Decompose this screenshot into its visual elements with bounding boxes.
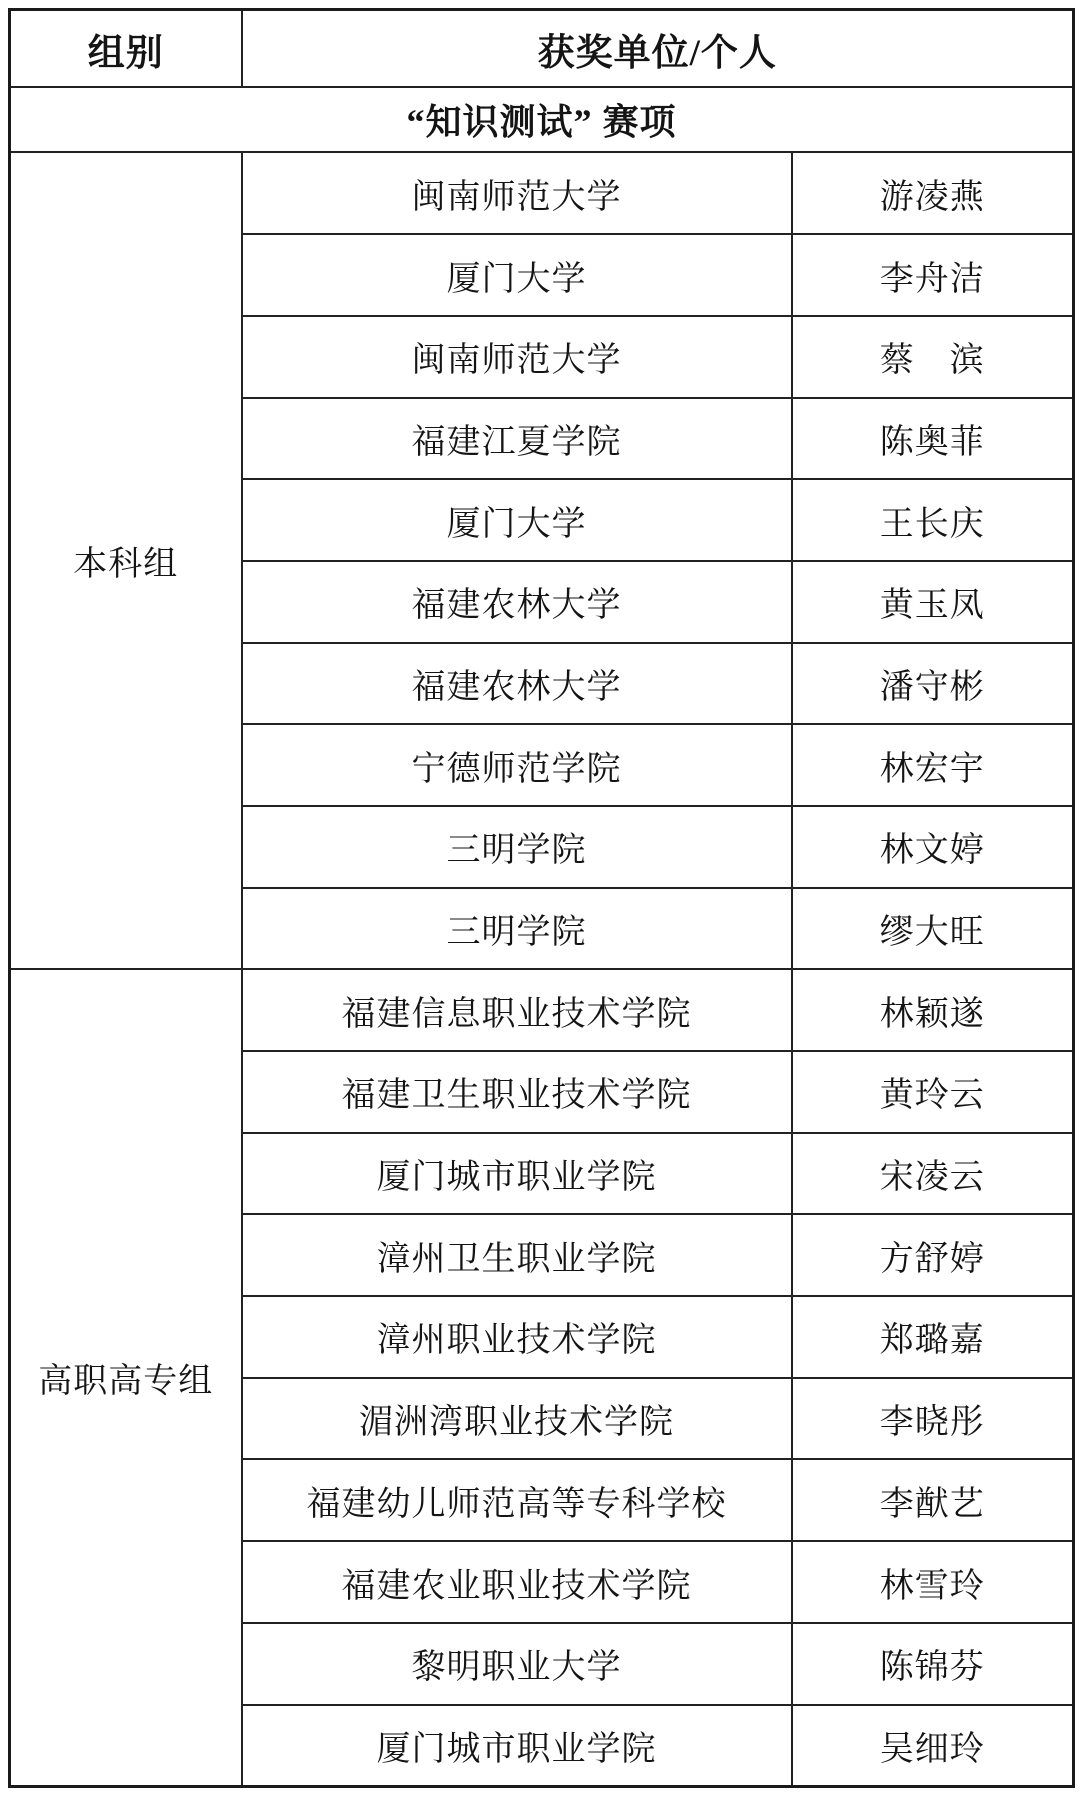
section-title-row: “知识测试” 赛项 (10, 87, 1074, 152)
winner-column-header: 获奖单位/个人 (242, 10, 1074, 88)
group-column-header: 组别 (10, 10, 242, 88)
org-cell: 漳州职业技术学院 (242, 1296, 792, 1378)
table-row: 高职高专组 福建信息职业技术学院 林颖遂 (10, 969, 1074, 1051)
name-cell: 林雪玲 (792, 1541, 1074, 1623)
org-cell: 福建农林大学 (242, 643, 792, 725)
name-cell: 吴细玲 (792, 1705, 1074, 1787)
name-cell: 李舟洁 (792, 234, 1074, 316)
org-cell: 福建农业职业技术学院 (242, 1541, 792, 1623)
org-cell: 福建信息职业技术学院 (242, 969, 792, 1051)
name-cell: 宋凌云 (792, 1133, 1074, 1215)
name-cell: 林宏宇 (792, 724, 1074, 806)
name-cell: 王长庆 (792, 479, 1074, 561)
org-cell: 黎明职业大学 (242, 1623, 792, 1705)
award-table: 组别 获奖单位/个人 “知识测试” 赛项 本科组 闽南师范大学 游凌燕 厦门大学… (8, 8, 1075, 1788)
org-cell: 三明学院 (242, 888, 792, 970)
name-cell: 李晓彤 (792, 1378, 1074, 1460)
table-header-row: 组别 获奖单位/个人 (10, 10, 1074, 88)
name-cell: 林颖遂 (792, 969, 1074, 1051)
document-page: 组别 获奖单位/个人 “知识测试” 赛项 本科组 闽南师范大学 游凌燕 厦门大学… (0, 0, 1080, 1798)
org-cell: 三明学院 (242, 806, 792, 888)
org-cell: 福建江夏学院 (242, 398, 792, 480)
org-cell: 湄洲湾职业技术学院 (242, 1378, 792, 1460)
name-cell: 林文婷 (792, 806, 1074, 888)
org-cell: 厦门城市职业学院 (242, 1705, 792, 1787)
name-cell: 游凌燕 (792, 152, 1074, 234)
group-label-vocational: 高职高专组 (10, 969, 242, 1786)
name-cell: 潘守彬 (792, 643, 1074, 725)
org-cell: 厦门大学 (242, 479, 792, 561)
name-cell: 蔡 滨 (792, 316, 1074, 398)
name-cell: 黄玉凤 (792, 561, 1074, 643)
org-cell: 福建卫生职业技术学院 (242, 1051, 792, 1133)
org-cell: 福建幼儿师范高等专科学校 (242, 1459, 792, 1541)
table-row: 本科组 闽南师范大学 游凌燕 (10, 152, 1074, 234)
name-cell: 方舒婷 (792, 1214, 1074, 1296)
group-label-undergraduate: 本科组 (10, 152, 242, 969)
name-cell: 郑璐嘉 (792, 1296, 1074, 1378)
org-cell: 福建农林大学 (242, 561, 792, 643)
org-cell: 厦门大学 (242, 234, 792, 316)
name-cell: 黄玲云 (792, 1051, 1074, 1133)
name-cell: 陈锦芬 (792, 1623, 1074, 1705)
section-title: “知识测试” 赛项 (10, 87, 1074, 152)
org-cell: 厦门城市职业学院 (242, 1133, 792, 1215)
org-cell: 宁德师范学院 (242, 724, 792, 806)
org-cell: 闽南师范大学 (242, 152, 792, 234)
name-cell: 李猷艺 (792, 1459, 1074, 1541)
name-cell: 缪大旺 (792, 888, 1074, 970)
name-cell: 陈奥菲 (792, 398, 1074, 480)
org-cell: 闽南师范大学 (242, 316, 792, 398)
org-cell: 漳州卫生职业学院 (242, 1214, 792, 1296)
